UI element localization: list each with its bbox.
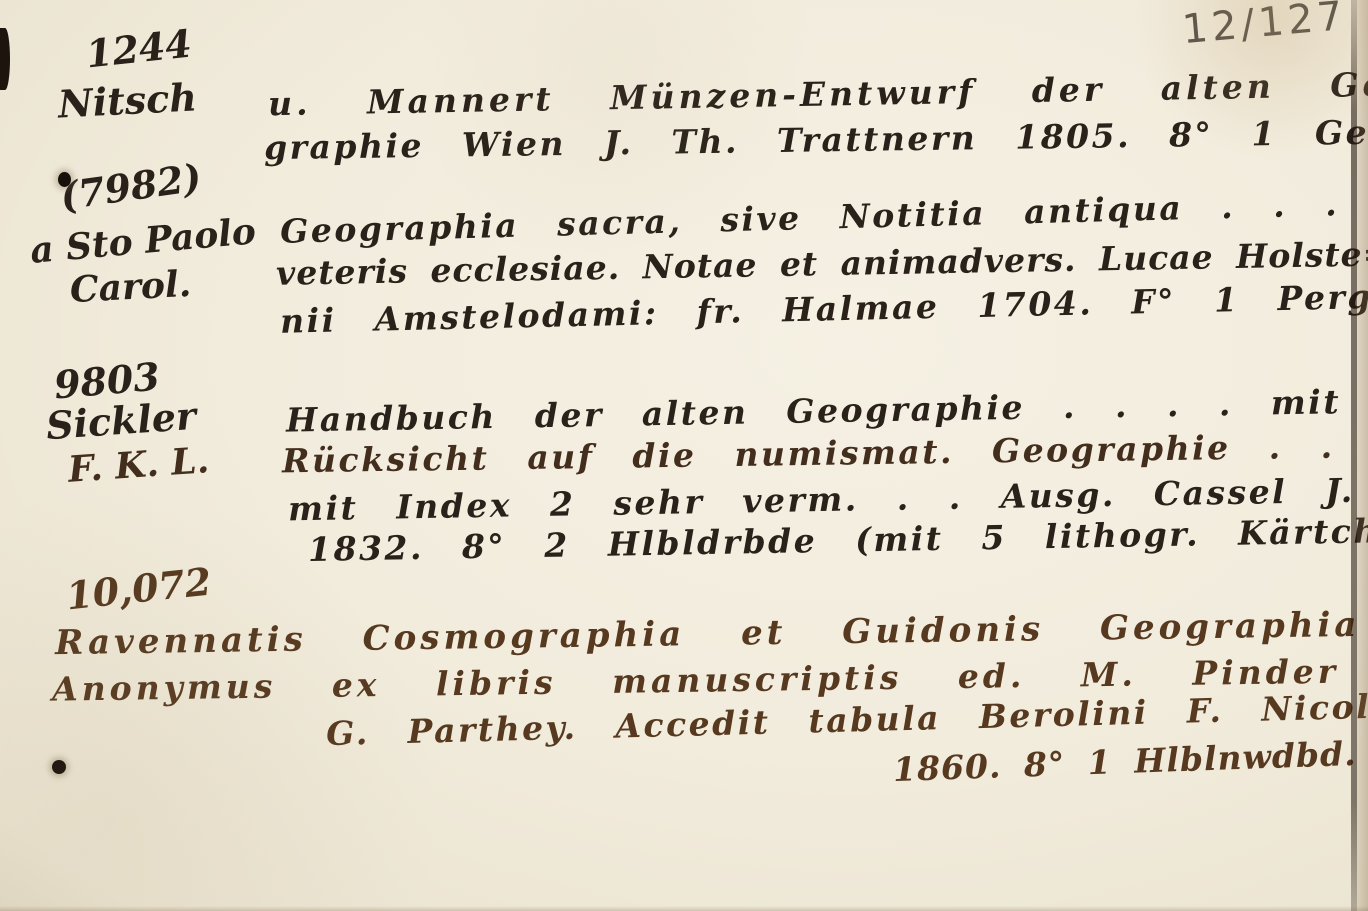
page-edge-line: [1351, 0, 1357, 911]
entry-1-line-2: graphie Wien J. Th. Trattnern 1805. 8° 1…: [264, 114, 1368, 167]
punch-hole-top: [58, 172, 71, 187]
page-bottom-shadow: [0, 906, 1368, 911]
entry-1-line-1: u. Mannert Münzen-Entwurf der alten Geo=: [268, 66, 1368, 123]
catalog-card-page: 12/127 1244 Nitsch u. Mannert Münzen-Ent…: [0, 0, 1368, 911]
folio-number-pencil: 12/127: [1180, 0, 1348, 53]
entry-2-author-line2: Carol.: [69, 265, 192, 311]
left-edge-ink-mark: [0, 28, 10, 90]
entry-2-number: (7982): [58, 156, 204, 217]
page-edge-shadow: [1357, 0, 1368, 911]
entry-4-number: 10,072: [64, 561, 213, 618]
punch-hole-bottom: [52, 760, 66, 774]
entry-3-author-initials: F. K. L.: [67, 441, 211, 490]
entry-3-author: Sickler: [45, 395, 198, 447]
entry-1-number: 1244: [84, 23, 194, 76]
entry-2-author: a Sto Paolo: [29, 212, 258, 271]
entry-1-author: Nitsch: [57, 76, 198, 125]
entry-4-line-4: 1860. 8° 1 Hlblnwdbd.: [893, 736, 1358, 788]
